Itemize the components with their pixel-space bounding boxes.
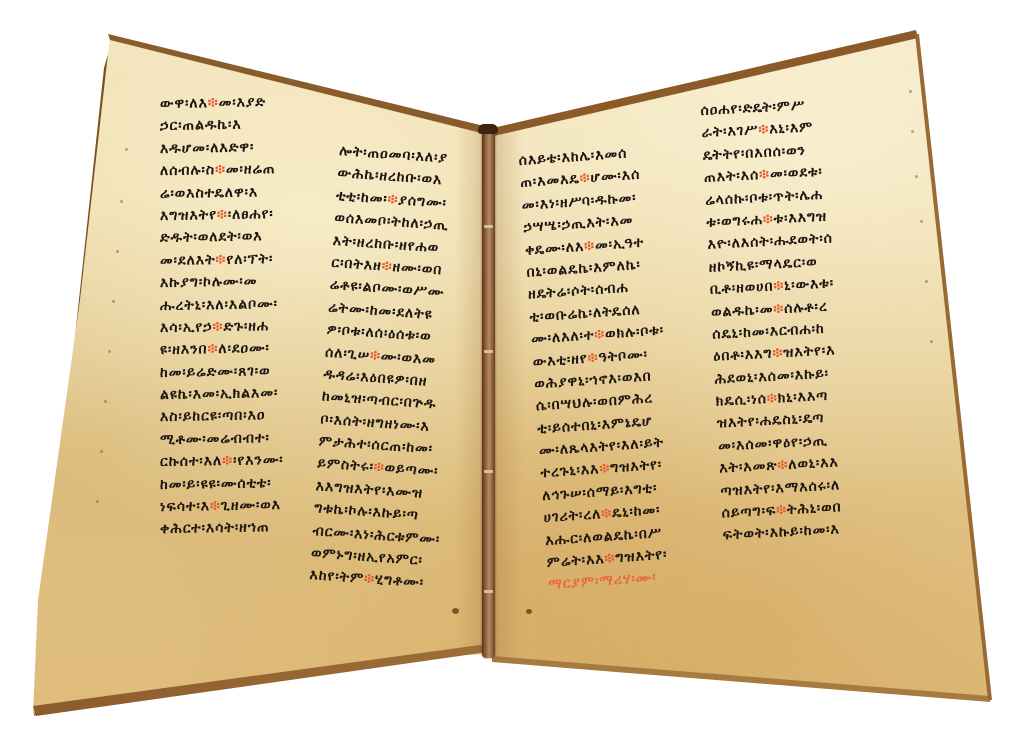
text-line: ቀሕርተ፡እሳት፡ዘኀጠ bbox=[160, 516, 284, 541]
text-line: ልዩኬ፡እመ፡ኢክልእመ፡ bbox=[160, 382, 284, 407]
rubric-divider-mark: ፨ bbox=[215, 162, 226, 178]
prick-hole bbox=[120, 200, 123, 203]
rubric-divider-mark: ፨ bbox=[601, 506, 613, 523]
prick-hole bbox=[911, 130, 914, 133]
manuscript-photo: ውዋ፡ለእ፨መ፡እያድ ኃር፡ጠልዱኬ፡እ እዱሆመ፡ለእድዋ፡ ለሰብሉ፡ስ፨… bbox=[0, 0, 1024, 735]
text-line: እኩያግ፡ኮሉሙ፡መ bbox=[160, 270, 284, 295]
binding-stitch bbox=[484, 590, 493, 593]
text-line: ውዋ፡ለእ፨መ፡እያድ bbox=[160, 91, 284, 116]
rubric-divider-mark: ፨ bbox=[776, 502, 788, 519]
text-line: መ፡ደለእት፨የለ፡ፕት፡ bbox=[160, 248, 284, 273]
prick-hole bbox=[112, 300, 115, 303]
rubric-divider-mark: ፨ bbox=[579, 170, 591, 187]
prick-hole bbox=[925, 280, 928, 283]
rubric-divider-mark: ፨ bbox=[773, 300, 785, 317]
rubric-divider-mark: ፨ bbox=[587, 349, 599, 366]
prick-hole bbox=[100, 450, 103, 453]
text-line: እሳ፡ኢየኃ፨ድጉ፡ዘሐ bbox=[160, 315, 284, 340]
rubric-divider-mark: ፨ bbox=[208, 341, 219, 357]
rubric-divider-mark: ፨ bbox=[370, 347, 382, 364]
rubric-divider-mark: ፨ bbox=[210, 498, 221, 514]
rubric-divider-mark: ፨ bbox=[364, 571, 376, 588]
text-line: ለሰብሉ፡ስ፨መ፡ዘሬጠ bbox=[160, 158, 284, 183]
text-line: ሚቶሙ፡መሬብብተ፡ bbox=[160, 427, 284, 452]
text-column-4: ሰዐሐየ፡ድዴት፡ምሥ ራት፡እገሥ፨እኒ፡እም ዴትትየ፡በእበሰ፡ወን ጠእ… bbox=[700, 93, 849, 547]
rubric-divider-mark: ፨ bbox=[773, 278, 785, 295]
rubric-divider-mark: ፨ bbox=[217, 207, 228, 223]
text-line: ዩ፡ዘእንበ፨ለ፡ደዐሙ፡ bbox=[160, 337, 284, 362]
prick-hole bbox=[108, 350, 111, 353]
prick-hole bbox=[116, 250, 119, 253]
rubric-divider-mark: ፨ bbox=[387, 191, 399, 208]
text-line: ከመ፡ይሬድሙ፡ጸገ፡ወ bbox=[160, 360, 284, 385]
prick-hole bbox=[915, 175, 918, 178]
binding-stitch bbox=[484, 225, 493, 228]
rubric-divider-mark: ፨ bbox=[772, 345, 784, 362]
rubric-divider-mark: ፨ bbox=[373, 460, 385, 477]
text-line: ነፍሳተ፡እ፨ጊዘሙ፡ወእ bbox=[160, 494, 284, 519]
text-line: ከመ፡ይ፡ዩዩ፡ሙሰቲቴ፡ bbox=[160, 472, 284, 497]
ink-stain bbox=[452, 608, 459, 614]
rubric-divider-mark: ፨ bbox=[584, 237, 596, 254]
rubric-divider-mark: ፨ bbox=[222, 453, 233, 469]
prick-hole bbox=[909, 90, 912, 93]
rubric-divider-mark: ፨ bbox=[381, 258, 393, 275]
ink-stain bbox=[526, 609, 532, 614]
right-gutter-shadow bbox=[494, 130, 524, 660]
rubric-divider-mark: ፨ bbox=[762, 211, 774, 228]
prick-hole bbox=[930, 340, 933, 343]
text-line: እስ፡ይከርዩ፡ጣበ፡እዐ bbox=[160, 404, 284, 429]
text-line: ሬ፡ወእስተዴለዋ፡እ bbox=[160, 180, 284, 205]
spine-headband bbox=[478, 124, 498, 134]
text-column-1: ውዋ፡ለእ፨መ፡እያድ ኃር፡ጠልዱኬ፡እ እዱሆመ፡ለእድዋ፡ ለሰብሉ፡ስ፨… bbox=[160, 91, 284, 541]
rubric-divider-mark: ፨ bbox=[604, 550, 616, 567]
text-line: ኃር፡ጠልዱኬ፡እ bbox=[160, 113, 284, 138]
rubric-divider-mark: ፨ bbox=[767, 390, 779, 407]
book-spine bbox=[482, 128, 495, 658]
prick-hole bbox=[96, 500, 99, 503]
text-line: እግዝእትየ፨፡ለፀሐየ፡ bbox=[160, 203, 284, 228]
rubric-divider-mark: ፨ bbox=[208, 95, 219, 111]
rubric-divider-mark: ፨ bbox=[777, 457, 789, 474]
text-line: ድዱት፡ወለደት፡ወእ bbox=[160, 225, 284, 250]
text-line: ሑረትኒ፡እለ፡እልቦሙ፡ bbox=[160, 292, 284, 317]
prick-hole bbox=[125, 148, 128, 151]
prick-hole bbox=[104, 400, 107, 403]
binding-stitch bbox=[484, 350, 493, 353]
text-line: ርኩሰተ፡እለ፨፡የእንሙ፡ bbox=[160, 449, 284, 474]
text-line: እዱሆመ፡ለእድዋ፡ bbox=[160, 136, 284, 161]
binding-stitch bbox=[484, 470, 493, 473]
rubric-divider-mark: ፨ bbox=[758, 122, 770, 139]
prick-hole bbox=[920, 220, 923, 223]
rubric-divider-mark: ፨ bbox=[216, 252, 227, 268]
rubric-divider-mark: ፨ bbox=[599, 461, 611, 478]
rubric-divider-mark: ፨ bbox=[759, 167, 771, 184]
rubric-divider-mark: ፨ bbox=[594, 327, 606, 344]
rubric-divider-mark: ፨ bbox=[213, 319, 224, 335]
